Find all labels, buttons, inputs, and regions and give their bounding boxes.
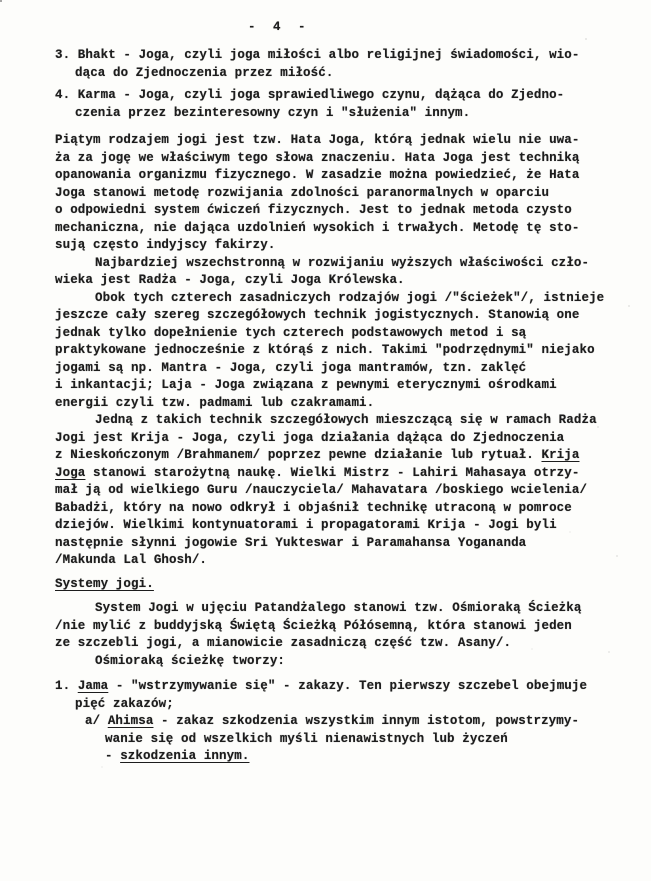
text-run: jeszcze cały szereg szczegółowych techni… [55,308,579,322]
text-run: opanowania organizmu fizycznego. W zasad… [55,168,579,182]
text-run: Najbardziej wszechstronną w rozwijaniu w… [95,256,589,270]
text-run: ze szczebli jogi, a mianowicie zasadnicz… [55,636,511,650]
text-run: 1. [55,679,78,693]
page-number: - 4 - [248,20,311,34]
underlined-text-run: Jama [78,679,108,693]
text-run: sują często indyjscy fakirzy. [55,238,275,252]
text-run: 4. Karma - Joga, czyli joga sprawiedliwe… [55,88,564,102]
text-run: z Nieskończonym /Brahmanem/ poprzez pewn… [55,448,541,462]
text-run: stanowi starożytną naukę. Wielki Mistrz … [85,466,579,480]
text-run: - zakaz szkodzenia wszystkim innym istot… [153,714,579,728]
text-line: /nie mylić z buddyjską Świętą Ścieżką Pó… [55,618,615,636]
text-run: a/ [85,714,108,728]
text-line: o odpowiedni system ćwiczeń fizycznych. … [55,202,615,220]
text-run: System Jogi w ujęciu Patandżalego stanow… [95,601,581,615]
text-line: Jedną z takich technik szczegółowych mie… [95,412,615,430]
text-run: praktykowane jednocześnie z którąś z nic… [55,343,595,357]
text-line: jogami są np. Mantra - Joga, czyli joga … [55,360,615,378]
text-run: mał ją od wielkiego Guru /nauczyciela/ M… [55,483,587,497]
text-line: pięć zakazów; [75,696,615,714]
text-line: następnie słynni jogowie Sri Yukteswar i… [55,535,615,553]
underlined-text-run: Ahimsa [108,714,154,728]
text-run: pięć zakazów; [75,697,174,711]
text-run: - "wstrzymywanie się" - zakazy. Ten pier… [108,679,587,693]
text-run: jogami są np. Mantra - Joga, czyli joga … [55,361,526,375]
text-line: Babadżi, który na nowo odkrył i objaśnił… [55,500,615,518]
text-run: i inkantacji; Laja - Joga związana z pew… [55,378,557,392]
underlined-text-run: Joga [55,466,85,480]
text-run: Joga stanowi metodę rozwijania zdolności… [55,186,549,200]
text-run: ża za jogę we właściwym tego słowa znacz… [55,151,579,165]
text-line: opanowania organizmu fizycznego. W zasad… [55,167,615,185]
text-line: sują często indyjscy fakirzy. [55,237,615,255]
text-line: Joga stanowi starożytną naukę. Wielki Mi… [55,465,615,483]
text-line: Piątym rodzajem jogi jest tzw. Hata Joga… [55,132,615,150]
text-line: Joga stanowi metodę rozwijania zdolności… [55,185,615,203]
text-run: mechaniczna, nie dająca uzdolnień wysoki… [55,221,579,235]
text-line: 1. Jama - "wstrzymywanie się" - zakazy. … [55,678,615,696]
underlined-text-run: Krija [541,448,579,462]
text-run: Obok tych czterech zasadniczych rodzajów… [95,291,604,305]
text-line: energii czyli tzw. padmami lub czakramam… [55,395,615,413]
section-heading: Systemy jogi. [55,576,615,594]
text-line: mał ją od wielkiego Guru /nauczyciela/ M… [55,482,615,500]
text-run: o odpowiedni system ćwiczeń fizycznych. … [55,203,572,217]
underlined-text-run: szkodzenia innym. [120,749,249,763]
text-run: czenia przez bezinteresowny czyn i "służ… [75,106,470,120]
text-run: Jedną z takich technik szczegółowych mie… [95,413,597,427]
text-line: ze szczebli jogi, a mianowicie zasadnicz… [55,635,615,653]
text-run: następnie słynni jogowie Sri Yukteswar i… [55,536,526,550]
text-line: /Makunda Lal Ghosh/. [55,552,615,570]
text-run: wanie się od wszelkich myśli nienawistny… [105,732,508,746]
underlined-text-run: Systemy jogi. [55,577,154,591]
text-run: Ośmioraką ścieżkę tworzy: [95,654,285,668]
text-line: wanie się od wszelkich myśli nienawistny… [105,731,615,749]
text-run: /Makunda Lal Ghosh/. [55,553,207,567]
text-line: System Jogi w ujęciu Patandżalego stanow… [95,600,615,618]
text-run: Piątym rodzajem jogi jest tzw. Hata Joga… [55,133,579,147]
text-line: jednak tylko dopełnienie tych czterech p… [55,325,615,343]
text-run: Babadżi, który na nowo odkrył i objaśnił… [55,501,572,515]
text-line: 3. Bhakt - Joga, czyli joga miłości albo… [55,47,615,65]
text-line: - szkodzenia innym. [105,748,615,766]
text-line: ża za jogę we właściwym tego słowa znacz… [55,150,615,168]
text-run: - [105,749,120,763]
text-line: dąca do Zjednoczenia przez miłość. [75,65,615,83]
text-line: 4. Karma - Joga, czyli joga sprawiedliwe… [55,87,615,105]
text-run: dąca do Zjednoczenia przez miłość. [75,66,333,80]
document-page: - 4 - 3. Bhakt - Joga, czyli joga miłośc… [0,0,651,881]
text-run: /nie mylić z buddyjską Świętą Ścieżką Pó… [55,619,572,633]
text-line: wieka jest Radża - Joga, czyli Joga Król… [55,272,615,290]
text-line: Obok tych czterech zasadniczych rodzajów… [95,290,615,308]
text-run: jednak tylko dopełnienie tych czterech p… [55,326,526,340]
text-line: z Nieskończonym /Brahmanem/ poprzez pewn… [55,447,615,465]
text-line: dziejów. Wielkimi kontynuatorami i propa… [55,517,615,535]
text-run: dziejów. Wielkimi kontynuatorami i propa… [55,518,557,532]
text-run: wieka jest Radża - Joga, czyli Joga Król… [55,273,405,287]
text-line: Jogi jest Krija - Joga, czyli joga dział… [55,430,615,448]
text-run: 3. Bhakt - Joga, czyli joga miłości albo… [55,48,579,62]
text-run: Jogi jest Krija - Joga, czyli joga dział… [55,431,564,445]
text-line: Ośmioraką ścieżkę tworzy: [95,653,615,671]
text-line: a/ Ahimsa - zakaz szkodzenia wszystkim i… [85,713,615,731]
text-line: mechaniczna, nie dająca uzdolnień wysoki… [55,220,615,238]
scan-noise-specks [0,0,2,2]
text-line: praktykowane jednocześnie z którąś z nic… [55,342,615,360]
document-body: 3. Bhakt - Joga, czyli joga miłości albo… [55,47,615,766]
text-line: i inkantacji; Laja - Joga związana z pew… [55,377,615,395]
text-line: czenia przez bezinteresowny czyn i "służ… [75,105,615,123]
text-line: jeszcze cały szereg szczegółowych techni… [55,307,615,325]
text-line: Najbardziej wszechstronną w rozwijaniu w… [95,255,615,273]
text-run: energii czyli tzw. padmami lub czakramam… [55,396,374,410]
